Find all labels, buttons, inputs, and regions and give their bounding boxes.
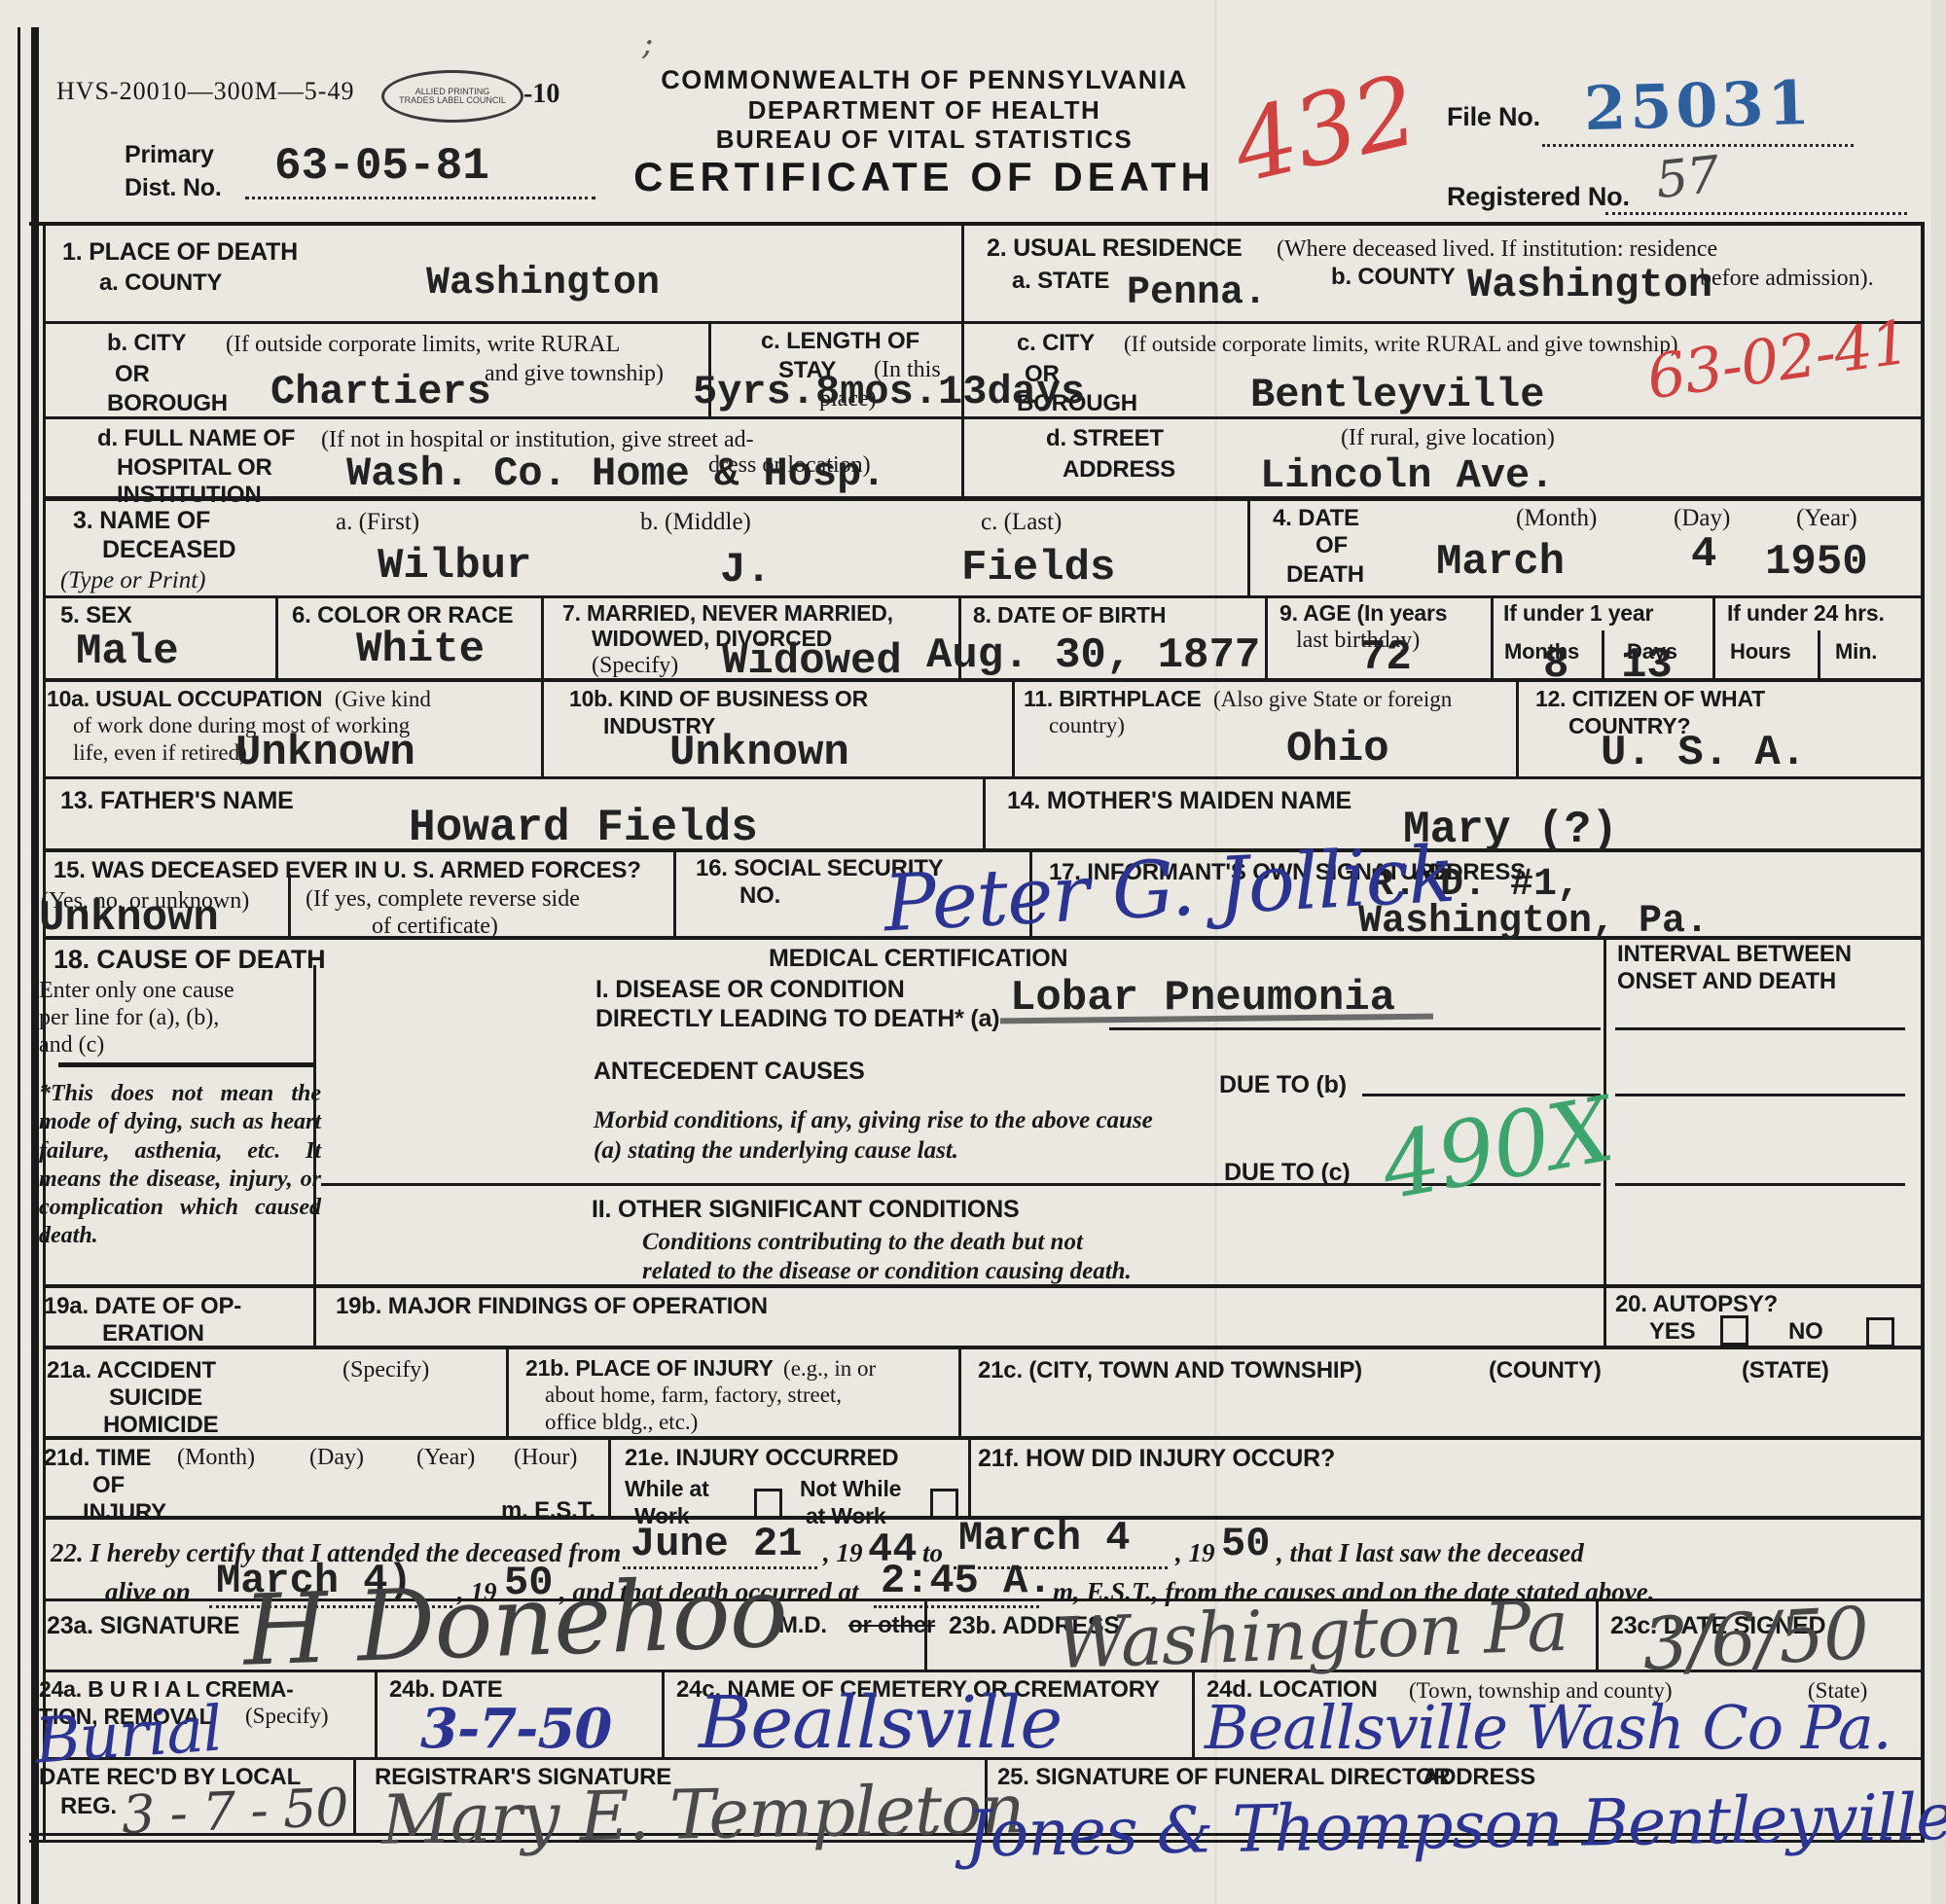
field-4-label1: 4. DATE xyxy=(1273,506,1359,530)
field-3a-label: a. (First) xyxy=(336,510,419,535)
divider xyxy=(1265,595,1268,679)
field-10b-label1: 10b. KIND OF BUSINESS OR xyxy=(569,687,868,710)
field-10b-value: Unknown xyxy=(669,732,849,774)
field-13-label: 13. FATHER'S NAME xyxy=(60,788,294,813)
divider xyxy=(1596,1599,1599,1670)
field-4-day-value: 4 xyxy=(1691,533,1716,576)
field-1a-label: a. COUNTY xyxy=(99,270,222,295)
funeral-director-signature: Jones & Thompson Bentleyville Pa xyxy=(965,1786,1946,1863)
or-other-label: or other xyxy=(848,1613,935,1637)
date-signed-value: 3/6/50 xyxy=(1640,1601,1869,1678)
header-department: DEPARTMENT OF HEALTH xyxy=(545,97,1304,124)
min-label: Min. xyxy=(1835,640,1877,663)
field-21d-label1: 21d. TIME xyxy=(44,1446,151,1470)
primary-dist-label-1: Primary xyxy=(125,142,214,167)
physician-address: Washington Pa xyxy=(1055,1595,1568,1675)
death-certificate-page: HVS-20010—300M—5-49 ALLIED PRINTING TRAD… xyxy=(0,0,1946,1904)
field-3b-value: J. xyxy=(720,549,772,592)
field-24a-specify: (Specify) xyxy=(245,1705,329,1728)
field-3c-value: Fields xyxy=(961,547,1115,590)
field-2-hint2: before admission). xyxy=(1700,267,1874,291)
physician-signature: H Donehoo xyxy=(242,1568,789,1674)
field-21b-label1: 21b. PLACE OF INJURY xyxy=(525,1355,774,1381)
cemetery-value: Beallsville xyxy=(699,1691,1062,1756)
other-conditions-label: II. OTHER SIGNIFICANT CONDITIONS xyxy=(592,1197,1019,1222)
date-recd-label2: REG. xyxy=(60,1794,117,1818)
field-23a-label: 23a. SIGNATURE xyxy=(47,1613,239,1638)
interval-label-2: ONSET AND DEATH xyxy=(1617,969,1836,993)
field-3c-label: c. (Last) xyxy=(981,510,1062,535)
certify-text-6: alive on xyxy=(105,1578,191,1605)
field-21a-specify: (Specify) xyxy=(342,1358,429,1383)
divider xyxy=(288,874,291,936)
interval-label-1: INTERVAL BETWEEN xyxy=(1617,942,1852,966)
divider xyxy=(958,1346,961,1436)
field-21e-label: 21e. INJURY OCCURRED xyxy=(625,1446,898,1470)
field-21a-label2: SUICIDE xyxy=(109,1385,202,1410)
header-commonwealth: COMMONWEALTH OF PENNSYLVANIA xyxy=(545,66,1304,93)
page-edge-rule-thick xyxy=(31,27,39,1904)
field-3a-value: Wilbur xyxy=(378,545,531,588)
field-19a-label2: ERATION xyxy=(102,1321,204,1346)
months-value: 8 xyxy=(1543,644,1568,687)
field-4-year-value: 1950 xyxy=(1765,541,1868,584)
under-24-label: If under 24 hrs. xyxy=(1727,601,1885,625)
divider xyxy=(1516,678,1519,776)
field-8-value: Aug. 30, 1877 xyxy=(926,634,1260,677)
divider xyxy=(1604,1284,1606,1346)
not-while-at-work-checkbox xyxy=(930,1489,958,1519)
field-19b-label: 19b. MAJOR FINDINGS OF OPERATION xyxy=(336,1294,768,1318)
field-10a-label1: 10a. USUAL OCCUPATION xyxy=(47,686,322,711)
divider xyxy=(608,1436,611,1518)
burial-date-value: 3-7-50 xyxy=(420,1705,611,1753)
autopsy-no-checkbox xyxy=(1866,1317,1894,1347)
funeral-director-label: 25. SIGNATURE OF FUNERAL DIRECTOR xyxy=(997,1765,1450,1789)
primary-dist-value: 63-05-81 xyxy=(274,144,489,189)
certify-to-date: March 4 xyxy=(958,1518,1130,1559)
field-1d-label3: INSTITUTION xyxy=(117,483,261,507)
field-12-label1: 12. CITIZEN OF WHAT xyxy=(1535,687,1765,710)
disease-label-2: DIRECTLY LEADING TO DEATH* (a) xyxy=(595,1006,999,1031)
page-title: CERTIFICATE OF DEATH xyxy=(545,156,1304,198)
field-2d-label2: ADDRESS xyxy=(1063,457,1175,482)
field-21a-label3: HOMICIDE xyxy=(103,1413,218,1437)
field-7-label1: 7. MARRIED, NEVER MARRIED, xyxy=(562,601,893,625)
field-1b-hint1: (If outside corporate limits, write RURA… xyxy=(226,333,620,357)
field-21c-county: (COUNTY) xyxy=(1489,1358,1602,1383)
row-line xyxy=(29,222,1925,226)
row-line xyxy=(43,321,1925,324)
field-4-label3: DEATH xyxy=(1286,562,1364,587)
disease-blank-line xyxy=(1109,1027,1601,1030)
field-3b-label: b. (Middle) xyxy=(640,510,751,535)
hours-label: Hours xyxy=(1730,640,1791,663)
field-1a-value: Washington xyxy=(426,265,660,304)
while-at-label: While at xyxy=(625,1477,709,1500)
field-9-label1: 9. AGE (In years xyxy=(1279,601,1447,625)
divider xyxy=(1712,595,1715,679)
field-1-title: 1. PLACE OF DEATH xyxy=(62,239,298,265)
certify-to-year: 50 xyxy=(1221,1524,1270,1564)
cause-note-1a: Enter only one cause xyxy=(39,979,234,1003)
field-2a-label: a. STATE xyxy=(1012,269,1109,293)
field-4-day-label: (Day) xyxy=(1674,506,1730,531)
field-5-value: Male xyxy=(76,630,179,673)
date-recd-value: 3 - 7 - 50 xyxy=(121,1784,348,1840)
form-left-border xyxy=(43,224,46,1840)
field-1c-value: 5yrs.8mos.13days xyxy=(693,372,1085,413)
field-2-title: 2. USUAL RESIDENCE xyxy=(987,235,1243,261)
while-at-work-checkbox xyxy=(754,1489,782,1519)
field-1d-label2: HOSPITAL OR xyxy=(117,455,272,480)
field-11-hint1: (Also give State or foreign xyxy=(1213,687,1452,711)
divider xyxy=(1491,595,1494,679)
disease-value: Lobar Pneumonia xyxy=(1010,977,1395,1020)
registered-no-line xyxy=(1605,212,1907,215)
field-4-month-label: (Month) xyxy=(1516,506,1597,531)
field-6-label: 6. COLOR OR RACE xyxy=(292,603,513,628)
field-20-label: 20. AUTOPSY? xyxy=(1615,1292,1778,1316)
page-edge-rule-thin xyxy=(18,27,20,1904)
field-2c-hint: (If outside corporate limits, write RURA… xyxy=(1124,333,1678,356)
registered-no-label: Registered No. xyxy=(1447,183,1630,210)
divider xyxy=(961,224,964,498)
divider xyxy=(313,1284,316,1346)
icd-code-green: 490X xyxy=(1377,1090,1618,1209)
burial-location-value: Beallsville Wash Co Pa. xyxy=(1205,1701,1891,1755)
other-conditions-note-2: related to the disease or condition caus… xyxy=(642,1259,1132,1284)
under-1-year-label: If under 1 year xyxy=(1503,601,1653,625)
field-11-hint2: country) xyxy=(1049,714,1125,737)
field-2d-value: Lincoln Ave. xyxy=(1260,455,1554,496)
cause-note-1c: and (c) xyxy=(39,1033,104,1058)
field-21d-month: (Month) xyxy=(177,1446,255,1470)
registrar-signature: Mary E. Templeton xyxy=(381,1778,1025,1851)
field-10a-hint3: life, even if retired) xyxy=(73,741,247,765)
field-2b-value: Washington xyxy=(1467,265,1712,305)
field-1b-hint2: and give township) xyxy=(485,362,664,386)
field-1b-label: b. CITY xyxy=(107,331,186,355)
field-4-month-value: March xyxy=(1436,541,1565,584)
divider xyxy=(1602,630,1604,679)
field-15-value: Unknown xyxy=(39,897,219,940)
not-while-label: Not While xyxy=(800,1477,901,1500)
file-no-label: File No. xyxy=(1447,103,1540,130)
field-1d-hint1: (If not in hospital or institution, give… xyxy=(321,428,754,452)
certify-text-4: , 19 xyxy=(1175,1539,1215,1566)
field-21d-hour: (Hour) xyxy=(514,1446,577,1470)
field-21c-state: (STATE) xyxy=(1742,1358,1829,1383)
divider xyxy=(673,848,676,936)
field-2c-label: c. CITY xyxy=(1017,331,1095,355)
row-line xyxy=(43,496,1925,501)
scan-edge-shadow xyxy=(1931,0,1946,1904)
field-21a-label1: 21a. ACCIDENT xyxy=(47,1358,216,1383)
field-21b-hint2: about home, farm, factory, street, xyxy=(545,1383,842,1407)
divider xyxy=(1818,630,1820,679)
row-line xyxy=(43,1346,1925,1349)
field-7-value: Widowed xyxy=(722,640,902,683)
cause-note-2: *This does not mean the mode of dying, s… xyxy=(39,1080,321,1251)
field-9-value: 72 xyxy=(1360,636,1412,679)
field-7-label3: (Specify) xyxy=(592,654,678,678)
divider xyxy=(541,595,544,679)
certify-time: 2:45 A. xyxy=(881,1561,1052,1601)
field-18-title: 18. CAUSE OF DEATH xyxy=(54,946,325,973)
field-1b-or: OR xyxy=(115,362,150,386)
field-21c-label: 21c. (CITY, TOWN AND TOWNSHIP) xyxy=(978,1358,1362,1383)
field-21d-year: (Year) xyxy=(416,1446,475,1470)
field-2b-label: b. COUNTY xyxy=(1331,265,1456,289)
field-3-title1: 3. NAME OF xyxy=(73,508,210,533)
registered-no-value: 57 xyxy=(1654,153,1721,204)
divider xyxy=(1012,678,1015,776)
interval-line-3 xyxy=(1615,1183,1905,1186)
field-3-title3: (Type or Print) xyxy=(60,568,206,593)
field-2c-red-code: 63-02-41 xyxy=(1643,314,1912,405)
field-11-value: Ohio xyxy=(1286,728,1389,771)
due-to-c-label: DUE TO (c) xyxy=(1224,1160,1351,1185)
medical-certification-label: MEDICAL CERTIFICATION xyxy=(769,946,1067,971)
row-line xyxy=(43,416,1925,419)
form-right-border xyxy=(1921,224,1925,1840)
field-12-value: U. S. A. xyxy=(1601,732,1806,774)
primary-dist-line xyxy=(245,197,595,199)
autopsy-yes-checkbox xyxy=(1720,1315,1748,1346)
interval-line-1 xyxy=(1615,1027,1905,1030)
field-2d-hint: (If rural, give location) xyxy=(1341,426,1555,450)
other-conditions-note-1: Conditions contributing to the death but… xyxy=(642,1230,1083,1255)
field-3-title2: DECEASED xyxy=(102,537,235,562)
divider xyxy=(275,595,278,679)
field-21d-label2: OF xyxy=(92,1473,125,1497)
field-1b-borough: BOROUGH xyxy=(107,391,228,415)
file-no-stamp: 25031 xyxy=(1583,67,1815,144)
field-10a-value: Unknown xyxy=(235,732,415,774)
disease-label-1: I. DISEASE OR CONDITION xyxy=(595,977,905,1002)
divider xyxy=(924,1599,927,1670)
interval-line-2 xyxy=(1615,1094,1905,1096)
union-label-stamp: ALLIED PRINTING TRADES LABEL COUNCIL xyxy=(381,70,523,123)
divider xyxy=(1192,1670,1195,1757)
field-8-label: 8. DATE OF BIRTH xyxy=(973,603,1166,627)
certify-text-2: , 19 xyxy=(823,1539,863,1566)
field-1d-label1: d. FULL NAME OF xyxy=(97,426,295,450)
field-1b-value: Chartiers xyxy=(270,372,491,413)
row-line xyxy=(43,1436,1925,1440)
cause-note-1b: per line for (a), (b), xyxy=(39,1006,219,1030)
stray-pen-mark: ; xyxy=(642,29,652,59)
row-line xyxy=(43,595,1925,598)
burial-value: Burial xyxy=(33,1702,223,1771)
form-code: HVS-20010—300M—5-49 xyxy=(56,78,354,104)
file-no-line xyxy=(1542,144,1854,147)
field-21f-label: 21f. HOW DID INJURY OCCUR? xyxy=(978,1446,1335,1471)
field-2a-value: Penna. xyxy=(1127,274,1267,313)
autopsy-yes-label: YES xyxy=(1649,1319,1695,1344)
antecedent-label: ANTECEDENT CAUSES xyxy=(594,1059,865,1084)
field-14-label: 14. MOTHER'S MAIDEN NAME xyxy=(1007,788,1351,813)
divider xyxy=(662,1670,665,1757)
divider xyxy=(313,965,316,1284)
field-1c-label1: c. LENGTH OF xyxy=(761,329,919,353)
certify-text-5: , that I last saw the deceased xyxy=(1277,1539,1584,1566)
due-to-b-label: DUE TO (b) xyxy=(1219,1072,1347,1097)
field-4-label2: OF xyxy=(1315,533,1348,557)
certify-line xyxy=(874,1605,1039,1608)
field-15-label: 15. WAS DECEASED EVER IN U. S. ARMED FOR… xyxy=(54,858,641,882)
field-2-hint1: (Where deceased lived. If institution: r… xyxy=(1277,237,1717,262)
field-21d-label3: INJURY xyxy=(83,1500,166,1525)
field-21b-hint3: office bldg., etc.) xyxy=(545,1411,698,1434)
funeral-director-address-label: ADDRESS xyxy=(1423,1765,1535,1789)
union-label-line2: TRADES LABEL COUNCIL xyxy=(399,96,506,105)
autopsy-no-label: NO xyxy=(1788,1319,1823,1344)
field-2c-value: Bentleyville xyxy=(1250,375,1544,415)
field-4-year-label: (Year) xyxy=(1796,506,1857,531)
cause-note-divider xyxy=(58,1062,316,1067)
divider xyxy=(506,1346,509,1436)
divider xyxy=(353,1757,356,1835)
divider xyxy=(541,678,544,776)
divider xyxy=(1247,496,1250,595)
primary-dist-label-2: Dist. No. xyxy=(125,175,222,200)
field-1d-value: Wash. Co. Home & Hosp. xyxy=(346,453,886,494)
field-21d-day: (Day) xyxy=(309,1446,364,1470)
field-5-label: 5. SEX xyxy=(60,603,132,628)
field-13-value: Howard Fields xyxy=(409,806,758,850)
morbid-note: Morbid conditions, if any, giving rise t… xyxy=(594,1105,1158,1167)
row-line xyxy=(43,1284,1925,1288)
row-line xyxy=(43,848,1925,852)
field-2d-label1: d. STREET xyxy=(1046,426,1164,450)
field-11-label1: 11. BIRTHPLACE xyxy=(1024,686,1202,711)
divider xyxy=(983,776,986,848)
field-16-label2: NO. xyxy=(739,883,780,908)
field-21b-hint1: (e.g., in or xyxy=(783,1356,876,1381)
days-value: 13 xyxy=(1621,644,1673,687)
divider xyxy=(968,1436,971,1518)
header-bureau: BUREAU OF VITAL STATISTICS xyxy=(545,126,1304,153)
field-10a-hint1: (Give kind xyxy=(335,687,431,711)
field-19a-label1: 19a. DATE OF OP- xyxy=(44,1294,241,1318)
field-15-hint2a: (If yes, complete reverse side xyxy=(306,887,580,912)
field-6-value: White xyxy=(356,629,485,671)
